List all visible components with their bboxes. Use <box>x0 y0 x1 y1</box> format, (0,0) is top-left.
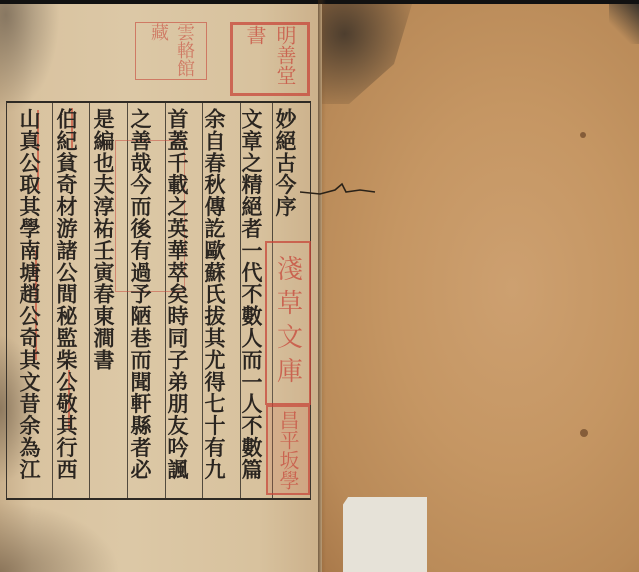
seal-qiancao-bunko: 淺草文庫 <box>265 241 311 405</box>
stain-dark <box>322 4 412 104</box>
text-column-3: 首蓋千載之英華萃矣時同子弟朋友吟諷 <box>164 108 190 480</box>
text-column-2: 余自春秋傳訖歐蘇氏拔其尤得七十有九 <box>201 108 227 480</box>
paper-tear-icon <box>300 180 380 200</box>
corner-shadow <box>609 4 639 44</box>
text-column-1: 文章之精絕者一代不數人而一人不數篇 <box>238 108 264 480</box>
right-page-cover <box>322 4 639 572</box>
text-column-4: 之善哉今而後有過予陋巷而聞軒縣者必 <box>127 108 153 480</box>
text-column-5: 是編也夫淳祐壬寅春東澗書 <box>90 108 116 371</box>
seal-bottom: 昌平坂學 <box>266 405 310 495</box>
text-column-7: 山真公取其學南塘趙公奇其文昔余為江 <box>16 108 42 480</box>
book-spread: 雲輅館藏 明善堂書 妙絕古今序 文章之精絕者一代不數人而一人不數篇 余自春秋傳訖… <box>0 0 639 572</box>
seal-top-right: 明善堂書 <box>230 22 310 96</box>
spot <box>580 429 588 437</box>
seal-top-left: 雲輅館藏 <box>135 22 207 80</box>
spine <box>318 0 326 572</box>
spot <box>580 132 586 138</box>
preface-title: 妙絕古今序 <box>272 108 298 218</box>
paper-label-patch <box>343 497 427 572</box>
text-column-6: 伯紀貧奇材游諸公間秘監柴公敬其行西 <box>53 108 79 480</box>
